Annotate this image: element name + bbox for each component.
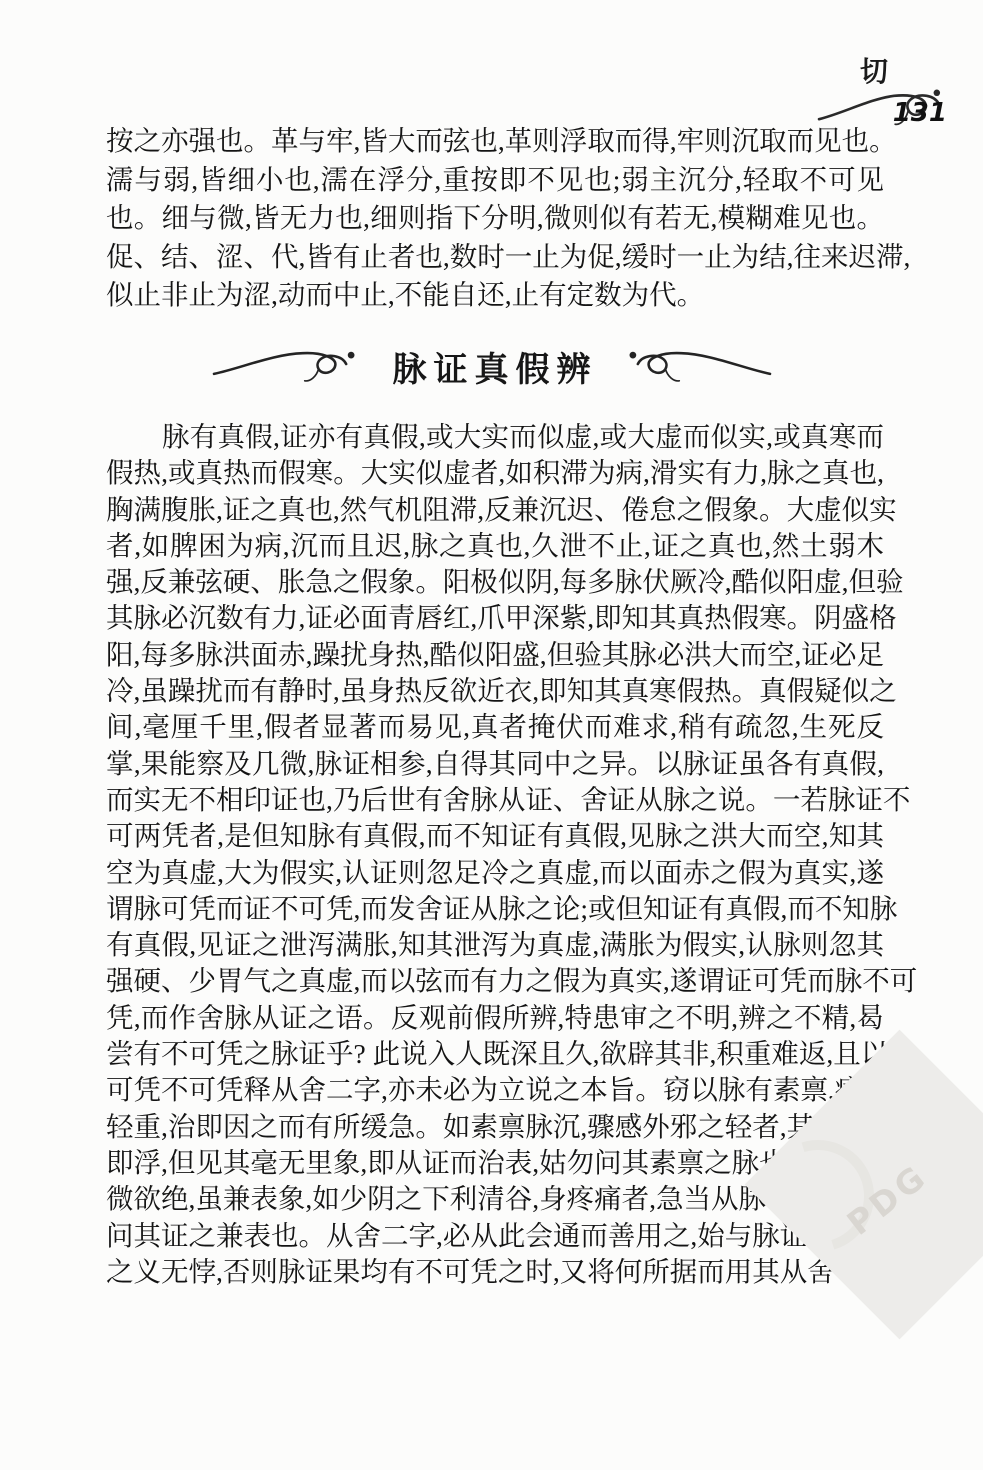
- text-line: 谓脉可凭而证不可凭,而发舍证从脉之论;或但知证有真假,而不知脉: [106, 891, 884, 927]
- text-line: 之义无悖,否则脉证果均有不可凭之时,又将何所据而用其从舍乎?: [106, 1254, 884, 1290]
- page-number: 131: [893, 98, 947, 128]
- text-line: 胸满腹胀,证之真也,然气机阻滞,反兼沉迟、倦怠之假象。大虚似实: [106, 492, 884, 528]
- text-line: 即浮,但见其毫无里象,即从证而治表,姑勿问其素禀之脉也。若脉沉: [106, 1145, 884, 1181]
- text-line: 问其证之兼表也。从舍二字,必从此会通而善用之,始与脉证各有真假: [106, 1218, 884, 1254]
- text-line: 也。细与微,皆无力也,细则指下分明,微则似有若无,模糊难见也。: [106, 199, 884, 238]
- section-title: 脉证真假辨: [386, 342, 598, 391]
- paragraph-continuation: 按之亦强也。革与牢,皆大而弦也,革则浮取而得,牢则沉取而见也。濡与弱,皆细小也,…: [106, 122, 884, 315]
- text-line: 掌,果能察及几微,脉证相参,自得其同中之异。以脉证虽各有真假,: [106, 746, 884, 782]
- text-line: 有真假,见证之泄泻满胀,知其泄泻为真虚,满胀为假实,认脉则忽其: [106, 927, 884, 963]
- text-line: 尝有不可凭之脉证乎? 此说入人既深且久,欲辟其非,积重难返,且以: [106, 1036, 884, 1072]
- text-line: 强硬、少胃气之真虚,而以弦而有力之假为真实,遂谓证可凭而脉不可: [106, 963, 884, 999]
- text-line: 可两凭者,是但知脉有真假,而不知证有真假,见脉之洪大而空,知其: [106, 818, 884, 854]
- text-line: 强,反兼弦硬、胀急之假象。阳极似阴,每多脉伏厥冷,酷似阳虚,但验: [106, 564, 884, 600]
- text-line: 阳,每多脉洪面赤,躁扰身热,酷似阳盛,但验其脉必洪大而空,证必足: [106, 637, 884, 673]
- text-line: 促、结、涩、代,皆有止者也,数时一止为促,缓时一止为结,往来迟滞,: [106, 238, 884, 277]
- text-line: 微欲绝,虽兼表象,如少阴之下利清谷,身疼痛者,急当从脉以救里,姑勿: [106, 1181, 884, 1217]
- text-line: 其脉必沉数有力,证必面青唇红,爪甲深紫,即知其真热假寒。阴盛格: [106, 600, 884, 636]
- text-line: 者,如脾困为病,沉而且迟,脉之真也,久泄不止,证之真也,然土弱木: [106, 528, 884, 564]
- text-line: 而实无不相印证也,乃后世有舍脉从证、舍证从脉之说。一若脉证不: [106, 782, 884, 818]
- text-line: 可凭不可凭释从舍二字,亦未必为立说之本旨。窃以脉有素禀,病有: [106, 1072, 884, 1108]
- text-line: 间,毫厘千里,假者显著而易见,真者掩伏而难求,稍有疏忽,生死反: [106, 709, 884, 745]
- text-line: 空为真虚,大为假实,认证则忽足冷之真虚,而以面赤之假为真实,遂: [106, 855, 884, 891]
- main-paragraph: 脉有真假,证亦有真假,或大实而似虚,或大虚而似实,或真寒而假热,或真热而假寒。大…: [106, 419, 884, 1290]
- heading-flourish-left-icon: [212, 344, 360, 388]
- heading-flourish-right-icon: [624, 344, 772, 388]
- text-line: 似止非止为涩,动而中止,不能自还,止有定数为代。: [106, 276, 884, 315]
- section-heading-row: 脉证真假辨: [0, 336, 983, 396]
- text-line: 冷,虽躁扰而有静时,虽身热反欲近衣,即知其真寒假热。真假疑似之: [106, 673, 884, 709]
- text-line: 凭,而作舍脉从证之语。反观前假所辨,特患审之不明,辨之不精,曷: [106, 1000, 884, 1036]
- text-line: 按之亦强也。革与牢,皆大而弦也,革则浮取而得,牢则沉取而见也。: [106, 122, 884, 161]
- text-line: 假热,或真热而假寒。大实似虚者,如积滞为病,滑实有力,脉之真也,: [106, 455, 884, 491]
- text-line: 濡与弱,皆细小也,濡在浮分,重按即不见也;弱主沉分,轻取不可见: [106, 161, 884, 200]
- text-line: 轻重,治即因之而有所缓急。如素禀脉沉,骤感外邪之轻者,其脉未必: [106, 1109, 884, 1145]
- book-page: 切 131 按之亦强也。革与牢,皆大而弦也,革则浮取而得,牢则沉取而见也。濡与弱…: [0, 0, 983, 1470]
- text-line: 脉有真假,证亦有真假,或大实而似虚,或大虚而似实,或真寒而: [106, 419, 884, 455]
